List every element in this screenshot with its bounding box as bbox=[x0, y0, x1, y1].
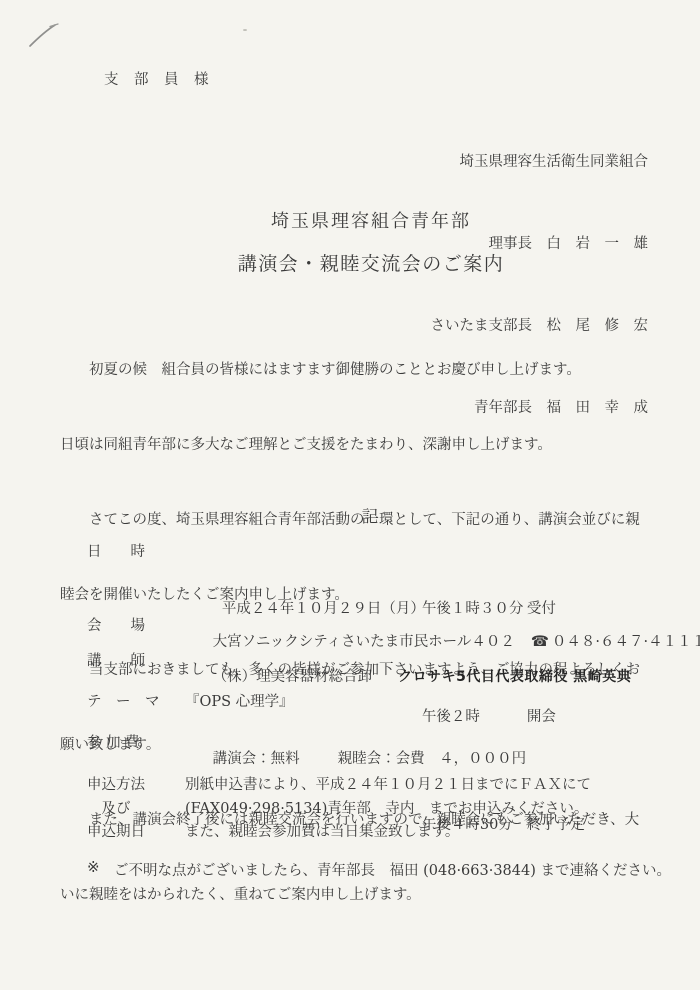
theme-value: 『OPS 心理学』 bbox=[185, 690, 294, 711]
document-title: 埼玉県理容組合青年部 bbox=[42, 207, 700, 233]
body-text-line: 日頃は同組青年部に多大なご理解とご支援をたまわり、深謝申し上げます。 bbox=[60, 433, 640, 458]
body-text-line: 初夏の候 組合員の皆様にはますます御健勝のこととお慶び申し上げます。 bbox=[60, 358, 640, 383]
scan-speck bbox=[243, 29, 247, 31]
document-subtitle: 講演会・親睦交流会のご案内 bbox=[42, 249, 700, 276]
application-line: (FAX049·298·5134)青年部 寺内 までお申込みください。 bbox=[185, 797, 588, 818]
application-line: また、親睦会参加費は当日集金致します。 bbox=[185, 820, 459, 841]
telephone-icon: ☎ bbox=[531, 634, 549, 650]
recipient-line: 支 部 員 様 bbox=[104, 68, 209, 89]
datetime-row: 日 時 平成２４年１０月２９日（月）午後１時３０分受付 午後２時開会 午後４時3… bbox=[0, 540, 700, 560]
fee-label: 参 加 費 bbox=[87, 731, 140, 752]
lecturer-name: クロサキ5代目代表取締役 黒崎英典 bbox=[398, 669, 631, 685]
application-method-label: 申込方法 bbox=[87, 773, 145, 794]
datetime-label: 日 時 bbox=[87, 540, 145, 561]
schedule-status: 開会 bbox=[527, 709, 556, 725]
sender-organization: 埼玉県理容生活衛生同業組合 bbox=[431, 149, 649, 176]
footnote-text: ご不明な点がございましたら、青年部長 福田 (048·663·3844) まで連… bbox=[114, 859, 671, 880]
theme-row: テ ー マ 『OPS 心理学』 bbox=[0, 690, 700, 710]
venue-phone-number: ０４８·６４７·４１１１ bbox=[552, 634, 700, 650]
application-row: 申込期日 また、親睦会参加費は当日集金致します。 bbox=[0, 820, 700, 840]
venue-phone: ☎０４８·６４７·４１１１ bbox=[531, 634, 700, 650]
application-deadline-label: 申込期日 bbox=[87, 820, 145, 841]
lecturer-label: 講 師 bbox=[87, 649, 145, 670]
datetime-value: 平成２４年１０月２９日（月）午後１時３０分受付 午後２時開会 午後４時30分終了… bbox=[185, 540, 585, 896]
record-heading: 記 bbox=[42, 503, 700, 527]
application-and-label: 及び bbox=[87, 797, 145, 818]
application-line: 別紙申込書により、平成２４年１０月２１日までにＦＡＸにて bbox=[185, 773, 591, 794]
reference-mark-icon: ※ bbox=[87, 858, 100, 876]
venue-name: 大宮ソニックシティさいたま市民ホール４０２ bbox=[213, 634, 515, 650]
lecturer-row: 講 師 （株）理美容器材総合卸クロサキ5代目代表取締役 黒崎英典 bbox=[0, 649, 700, 669]
fee-lecture: 講演会：無料 bbox=[213, 751, 300, 767]
theme-label: テ ー マ bbox=[87, 690, 160, 711]
fee-row: 参 加 費 講演会：無料親睦会：会費 ４，０００円 bbox=[0, 731, 700, 751]
application-row: 及び (FAX049·298·5134)青年部 寺内 までお申込みください。 bbox=[0, 797, 700, 817]
footnote-row: ※ ご不明な点がございましたら、青年部長 福田 (048·663·3844) ま… bbox=[0, 858, 700, 878]
application-row: 申込方法 別紙申込書により、平成２４年１０月２１日までにＦＡＸにて bbox=[0, 773, 700, 793]
venue-row: 会 場 大宮ソニックシティさいたま市民ホール４０２☎０４８·６４７·４１１１ bbox=[0, 614, 700, 634]
venue-label: 会 場 bbox=[87, 614, 145, 635]
lecturer-company: （株）理美容器材総合卸 bbox=[213, 669, 373, 685]
fee-party: 親睦会：会費 ４，０００円 bbox=[338, 751, 527, 767]
pen-stroke-mark bbox=[27, 20, 63, 50]
scanned-document-page: 支 部 員 様 埼玉県理容生活衛生同業組合 理事長 白 岩 一 雄 さいたま支部… bbox=[0, 0, 700, 990]
